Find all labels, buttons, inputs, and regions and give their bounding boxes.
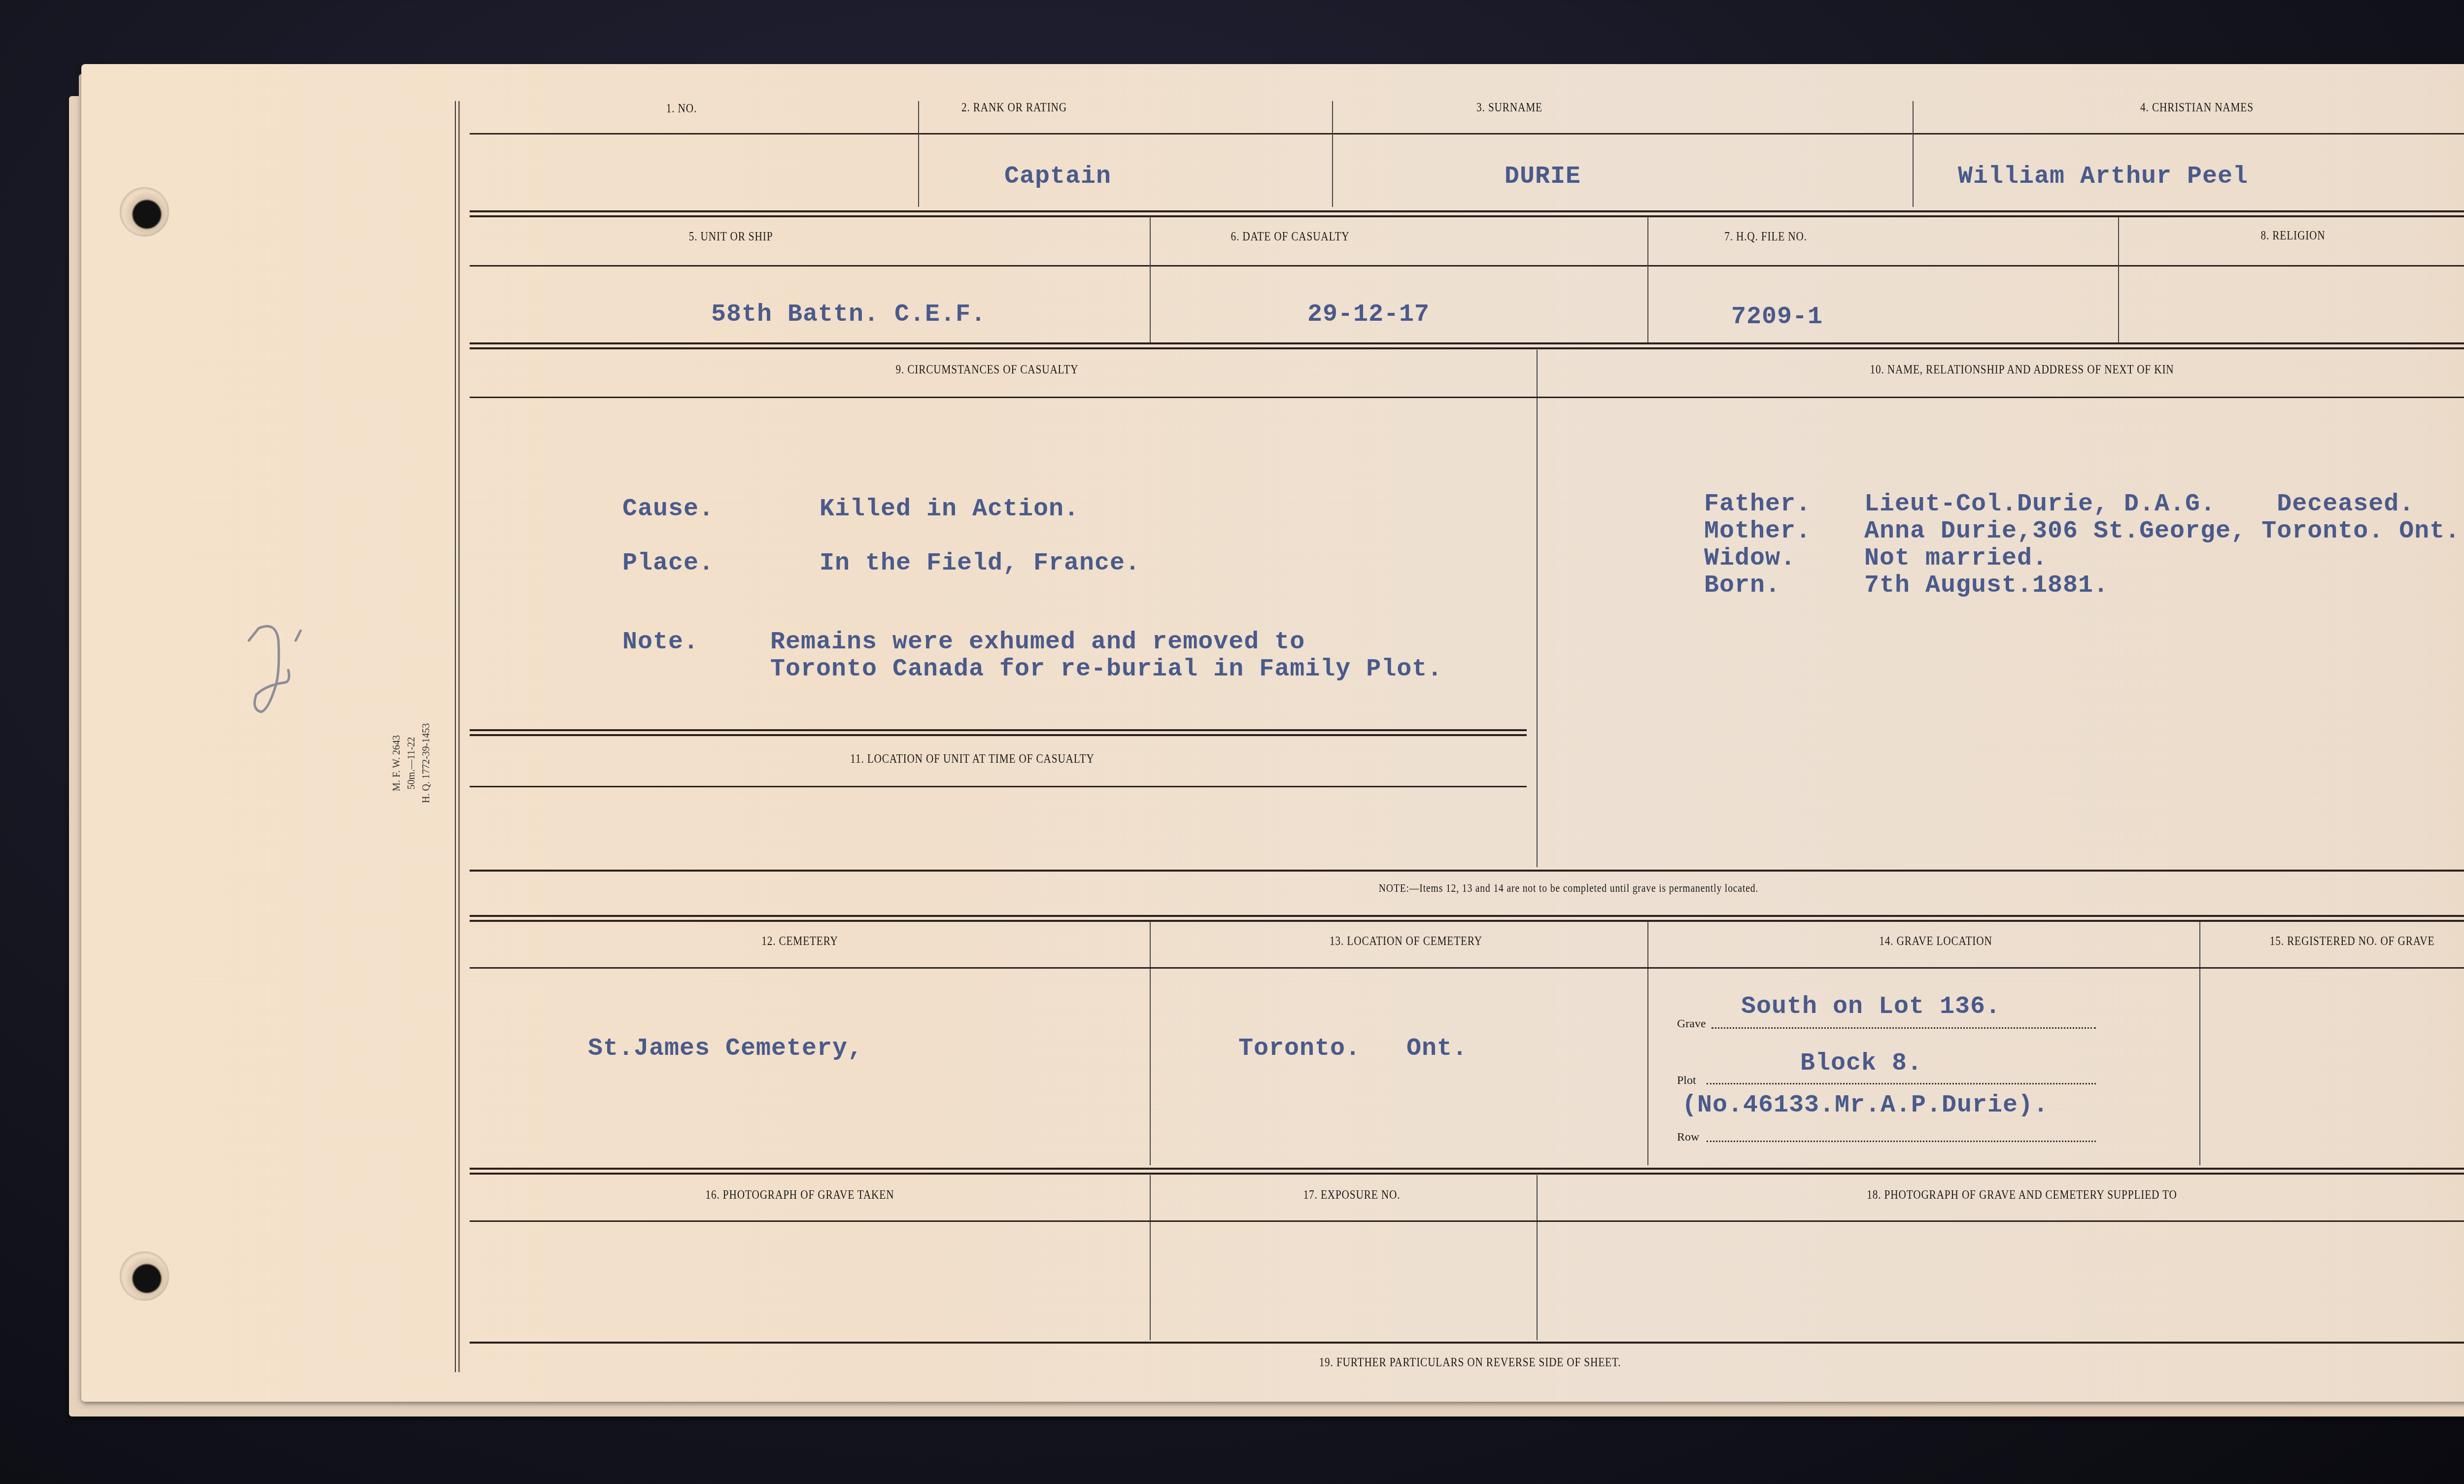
unit-value: 58th Battn. C.E.F.	[711, 301, 986, 329]
rank-value: Captain	[1004, 163, 1111, 191]
surname-value: DURIE	[1505, 163, 1581, 191]
column-divider	[1647, 217, 1648, 342]
label-rank: 2. RANK OR RATING	[924, 100, 1105, 115]
kin-key: Father.	[1704, 490, 1811, 518]
rule	[470, 215, 2464, 217]
label-circumstances: 9. CIRCUMSTANCES OF CASUALTY	[886, 362, 1088, 377]
column-divider	[1150, 921, 1151, 1165]
form-left-rule	[455, 101, 456, 1372]
hq-file-no-value: 7209-1	[1731, 303, 1823, 331]
row-field-label: Row	[1677, 1131, 1699, 1144]
handwritten-pencil-mark-icon	[222, 611, 320, 719]
christian-names-value: William Arthur Peel	[1958, 163, 2248, 191]
rule	[470, 342, 2464, 344]
row-dotted-line	[1707, 1141, 2096, 1142]
column-divider	[1537, 350, 1538, 867]
kin-value: 7th August.1881.	[1864, 572, 2109, 600]
label-exposure-no: 17. EXPOSURE NO.	[1283, 1187, 1421, 1202]
column-divider	[1647, 921, 1648, 1165]
rule	[470, 1220, 2464, 1222]
label-unit: 5. UNIT OR SHIP	[670, 229, 791, 244]
column-divider	[1150, 217, 1151, 342]
rule	[470, 920, 2464, 922]
rule	[470, 870, 2464, 872]
label-christian-names: 4. CHRISTIAN NAMES	[2106, 100, 2288, 115]
label-location-of-cemetery: 13. LOCATION OF CEMETERY	[1309, 934, 1503, 948]
note-items-12-14: NOTE:—Items 12, 13 and 14 are not to be …	[1266, 882, 1872, 895]
rule	[470, 397, 2464, 398]
label-hq-file-no: 7. H.Q. FILE NO.	[1705, 229, 1826, 244]
cemetery-value: St.James Cemetery,	[588, 1035, 863, 1063]
column-divider	[1332, 101, 1333, 207]
label-photo-taken: 16. PHOTOGRAPH OF GRAVE TAKEN	[675, 1187, 925, 1202]
cause-key: Cause.	[622, 495, 714, 523]
form-code-line: M. F. W. 2643	[389, 723, 404, 803]
location-of-cemetery-value: Toronto. Ont.	[1238, 1035, 1468, 1063]
rule	[470, 210, 2464, 212]
column-divider	[2118, 217, 2119, 342]
kin-value: Lieut-Col.Durie, D.A.G. Deceased.	[1864, 490, 2414, 518]
column-divider	[2199, 921, 2200, 1165]
place-key: Place.	[622, 549, 714, 577]
cause-value: Killed in Action.	[820, 495, 1079, 523]
rule	[470, 915, 2464, 917]
kin-value: Anna Durie,306 St.George, Toronto. Ont.	[1864, 517, 2460, 545]
note-line-2: Toronto Canada for re-burial in Family P…	[770, 655, 1442, 683]
form-print-code: M. F. W. 2643 50m.—11-22 H. Q. 1772-39-1…	[389, 723, 434, 803]
plot-dotted-line	[1707, 1083, 2096, 1084]
note-key: Note.	[622, 628, 699, 656]
form-code-line: H. Q. 1772-39-1453	[419, 723, 434, 803]
rule	[470, 1342, 2464, 1344]
column-divider	[1913, 101, 1914, 207]
date-of-casualty-value: 29-12-17	[1307, 301, 1430, 329]
rule	[470, 265, 2464, 267]
binder-hole-bottom-icon	[120, 1251, 169, 1301]
label-grave-location: 14. GRAVE LOCATION	[1865, 934, 2007, 948]
binder-hole-top-icon	[120, 187, 169, 236]
grave-dotted-line	[1711, 1027, 2096, 1029]
rule	[470, 729, 1527, 731]
place-value: In the Field, France.	[820, 549, 1140, 577]
column-divider	[1150, 1175, 1151, 1340]
label-further-particulars: 19. FURTHER PARTICULARS ON REVERSE SIDE …	[1268, 1355, 1672, 1370]
column-divider	[1537, 1175, 1538, 1340]
rule	[470, 347, 2464, 349]
kin-key: Born.	[1704, 572, 1780, 600]
label-registered-no: 15. REGISTERED NO. OF GRAVE	[2239, 934, 2464, 948]
column-divider	[918, 101, 919, 207]
rule	[470, 1168, 2464, 1170]
casualty-form: 1. NO. 2. RANK OR RATING 3. SURNAME 4. C…	[458, 101, 2464, 1372]
label-next-of-kin: 10. NAME, RELATIONSHIP AND ADDRESS OF NE…	[1800, 362, 2244, 377]
rule	[470, 734, 1527, 736]
label-date-of-casualty: 6. DATE OF CASUALTY	[1220, 229, 1361, 244]
grave-field-label: Grave	[1677, 1017, 1706, 1031]
rule	[470, 967, 2464, 969]
label-religion: 8. RELIGION	[2253, 228, 2333, 243]
kin-key: Mother.	[1704, 517, 1811, 545]
label-no: 1. NO.	[641, 101, 722, 116]
label-photo-supplied: 18. PHOTOGRAPH OF GRAVE AND CEMETERY SUP…	[1800, 1187, 2244, 1202]
note-line-1: Remains were exhumed and removed to	[770, 628, 1305, 656]
label-surname: 3. SURNAME	[1449, 100, 1570, 115]
label-location-of-unit: 11. LOCATION OF UNIT AT TIME OF CASUALTY	[790, 751, 1154, 766]
rule	[470, 786, 1527, 787]
plot-extra-value: (No.46133.Mr.A.P.Durie).	[1682, 1091, 2049, 1119]
kin-value: Not married.	[1864, 544, 2048, 573]
rule	[470, 1173, 2464, 1175]
plot-field-label: Plot	[1677, 1074, 1696, 1087]
grave-value: South on Lot 136.	[1741, 993, 2001, 1021]
plot-value: Block 8.	[1800, 1049, 1922, 1078]
kin-key: Widow.	[1704, 544, 1796, 573]
rule	[470, 133, 2464, 135]
form-code-line: 50m.—11-22	[404, 723, 419, 803]
label-cemetery: 12. CEMETERY	[739, 934, 860, 948]
